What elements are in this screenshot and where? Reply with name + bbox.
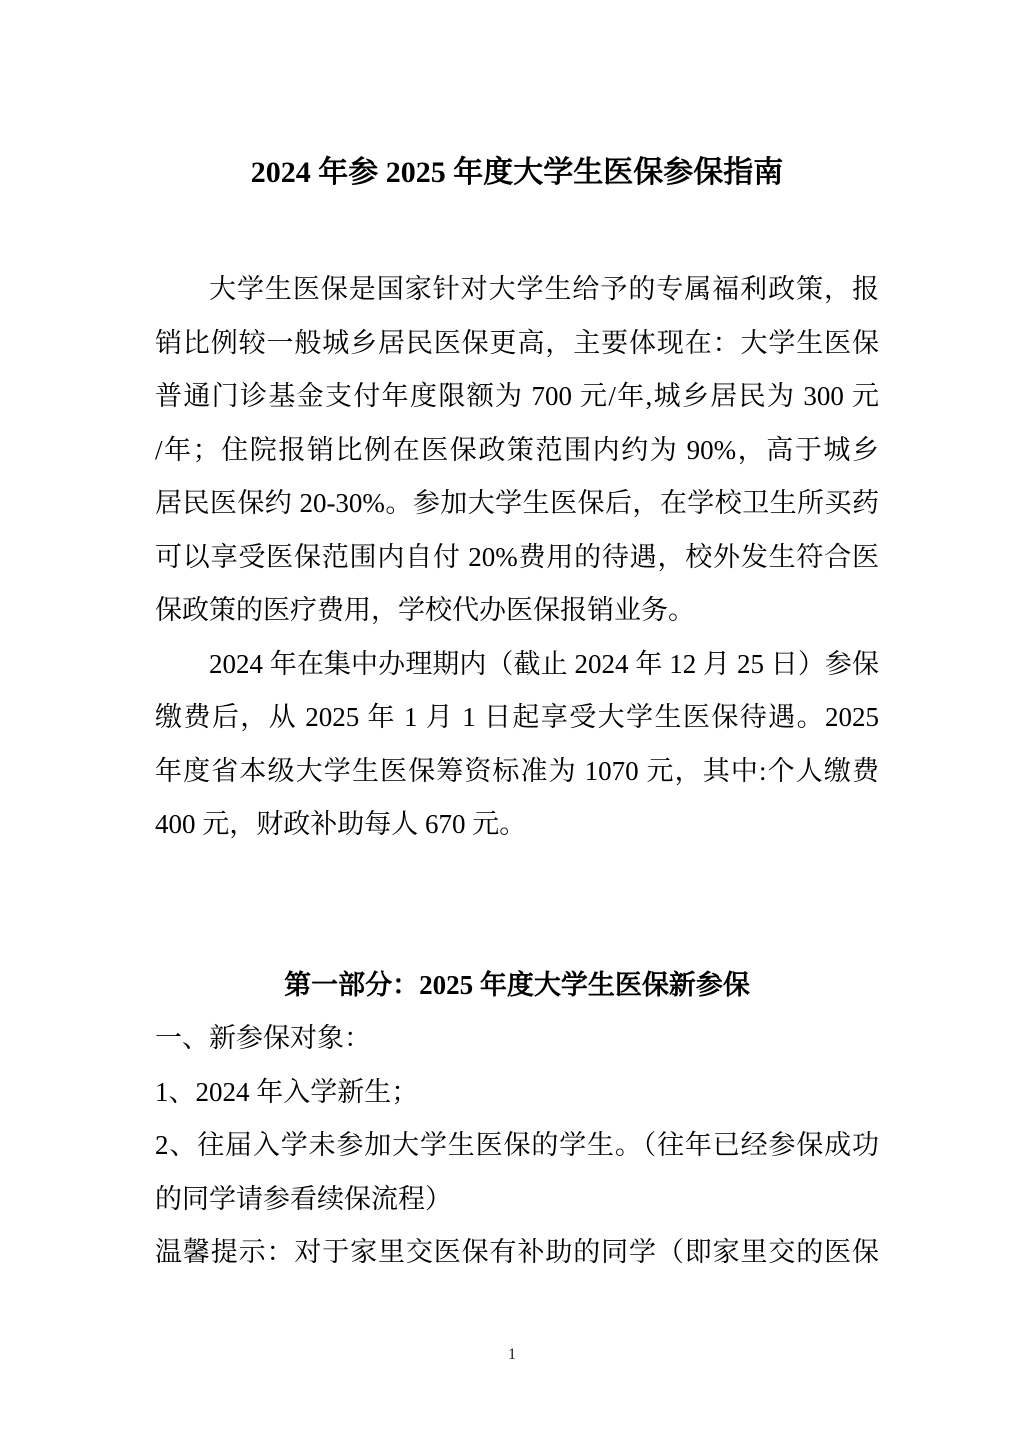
document-title: 2024 年参 2025 年度大学生医保参保指南 bbox=[155, 152, 879, 194]
list-item-2: 2、往届入学未参加大学生医保的学生。（往年已经参保成功的同学请参看续保流程） bbox=[155, 1119, 879, 1226]
text-line: 一、新参保对象： bbox=[155, 1012, 879, 1066]
page-number: 1 bbox=[0, 1342, 1024, 1368]
text-line: 大学生医保是国家针对大学生给予的专属福利政策，报 bbox=[155, 263, 879, 317]
section-body: 一、新参保对象：1、2024 年入学新生；2、往届入学未参加大学生医保的学生。（… bbox=[155, 1012, 879, 1280]
text-line: 可以享受医保范围内自付 20%费用的待遇，校外发生符合医 bbox=[155, 531, 879, 585]
intro-section: 大学生医保是国家针对大学生给予的专属福利政策，报销比例较一般城乡居民医保更高，主… bbox=[155, 263, 879, 852]
document-content: 2024 年参 2025 年度大学生医保参保指南 大学生医保是国家针对大学生给予… bbox=[0, 152, 1024, 1280]
document-page: 2024 年参 2025 年度大学生医保参保指南 大学生医保是国家针对大学生给予… bbox=[0, 0, 1024, 1448]
list-item-1: 1、2024 年入学新生； bbox=[155, 1066, 879, 1120]
text-line: /年；住院报销比例在医保政策范围内约为 90%，高于城乡 bbox=[155, 424, 879, 478]
text-line: 保政策的医疗费用，学校代办医保报销业务。 bbox=[155, 584, 879, 638]
text-line: 2、往届入学未参加大学生医保的学生。（往年已经参保成功 bbox=[155, 1119, 879, 1173]
text-line: 缴费后，从 2025 年 1 月 1 日起享受大学生医保待遇。2025 bbox=[155, 691, 879, 745]
text-line: 销比例较一般城乡居民医保更高，主要体现在：大学生医保 bbox=[155, 317, 879, 371]
intro-paragraph-1: 大学生医保是国家针对大学生给予的专属福利政策，报销比例较一般城乡居民医保更高，主… bbox=[155, 263, 879, 638]
intro-paragraph-2: 2024 年在集中办理期内（截止 2024 年 12 月 25 日）参保缴费后，… bbox=[155, 638, 879, 852]
tip-paragraph: 温馨提示：对于家里交医保有补助的同学（即家里交的医保 bbox=[155, 1226, 879, 1280]
text-line: 400 元，财政补助每人 670 元。 bbox=[155, 798, 879, 852]
text-line: 温馨提示：对于家里交医保有补助的同学（即家里交的医保 bbox=[155, 1226, 879, 1280]
section-heading: 第一部分：2025 年度大学生医保新参保 bbox=[155, 959, 879, 1013]
text-line: 1、2024 年入学新生； bbox=[155, 1066, 879, 1120]
text-line: 2024 年在集中办理期内（截止 2024 年 12 月 25 日）参保 bbox=[155, 638, 879, 692]
text-line: 的同学请参看续保流程） bbox=[155, 1173, 879, 1227]
text-line: 普通门诊基金支付年度限额为 700 元/年,城乡居民为 300 元 bbox=[155, 370, 879, 424]
text-line: 年度省本级大学生医保筹资标准为 1070 元，其中:个人缴费 bbox=[155, 745, 879, 799]
text-line: 居民医保约 20-30%。参加大学生医保后，在学校卫生所买药 bbox=[155, 477, 879, 531]
subsection-heading-new-enrollees: 一、新参保对象： bbox=[155, 1012, 879, 1066]
